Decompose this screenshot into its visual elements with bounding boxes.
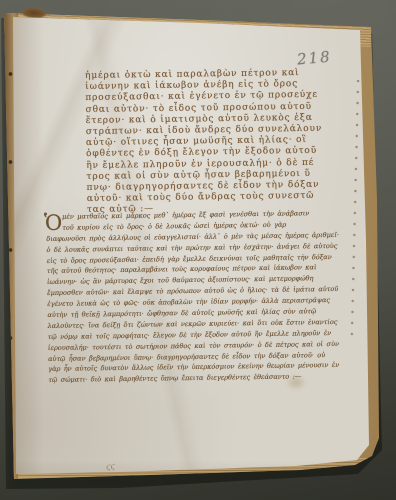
- pricking-holes: [349, 78, 361, 336]
- page-leaf: 218 ἡμέραι ὀκτὼ καὶ παραλαβὼν πέτρον καὶ…: [0, 0, 396, 500]
- ink-stain: [286, 375, 306, 390]
- quire-signature: ϛϛ: [106, 462, 116, 472]
- commentary-text-block: Ὁ μὲν ματθαῖος καὶ μάρκος μεθ᾿ ἡμέρας ἓξ…: [46, 208, 343, 386]
- gospel-text-block: ἡμέραι ὀκτὼ καὶ παραλαβὼν πέτρον καὶ ἰωά…: [85, 68, 327, 217]
- drop-cap-initial: Ὁ: [44, 213, 62, 234]
- folio-number: 218: [296, 48, 332, 69]
- manuscript-photo: 218 ἡμέραι ὀκτὼ καὶ παραλαβὼν πέτρον καὶ…: [0, 0, 396, 500]
